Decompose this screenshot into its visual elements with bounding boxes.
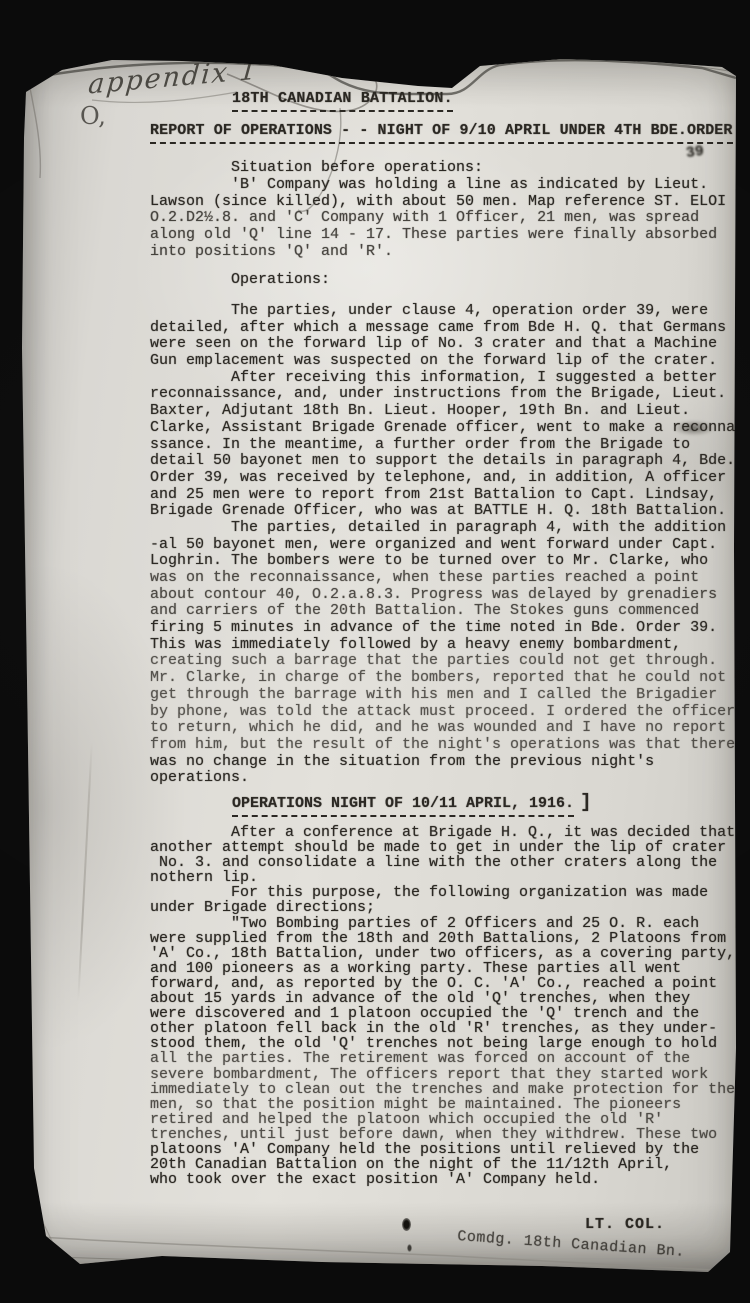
typed-line: Lawson (since killed), with about 50 men… xyxy=(150,194,726,211)
typed-line: operations. xyxy=(150,770,744,787)
typed-line: Gun emplacement was suspected on the for… xyxy=(150,353,744,370)
typed-line: men, so that the position might be maint… xyxy=(150,1097,735,1112)
typed-line: trenches, until just before dawn, when t… xyxy=(150,1127,735,1142)
typed-line: 20th Canadian Battalion on the night of … xyxy=(150,1157,735,1172)
typed-line: was on the reconnaissance, when these pa… xyxy=(150,570,744,587)
typed-line: Order 39, was received by telephone, and… xyxy=(150,470,744,487)
typed-line: Brigade Grenade Officer, who was at BATT… xyxy=(150,503,744,520)
second-operations-heading: OPERATIONS NIGHT OF 10/11 APRIL, 1916.] xyxy=(232,791,591,817)
typed-line: creating such a barrage that the parties… xyxy=(150,653,744,670)
typed-line: The parties, under clause 4, operation o… xyxy=(150,303,744,320)
typed-line: were supplied from the 18th and 20th Bat… xyxy=(150,931,735,946)
typed-line: under Brigade directions; xyxy=(150,900,735,915)
heading-bracket: ] xyxy=(580,791,591,813)
typed-line: Situation before operations: xyxy=(150,160,726,177)
typed-line: Mr. Clarke, in charge of the bombers, re… xyxy=(150,670,744,687)
document-title: 18TH CANADIAN BATTALION. xyxy=(232,90,453,112)
document-subtitle-text: REPORT OF OPERATIONS - - NIGHT OF 9/10 A… xyxy=(150,122,733,144)
typed-line: This was immediately followed by a heavy… xyxy=(150,637,744,654)
corner-fold-line xyxy=(30,88,40,178)
typed-line: After receiving this information, I sugg… xyxy=(150,370,744,387)
typed-line: about contour 40, O.2.a.8.3. Progress wa… xyxy=(150,587,744,604)
typed-line: and carriers of the 20th Battalion. The … xyxy=(150,603,744,620)
typed-line: retired and helped the platoon which occ… xyxy=(150,1112,735,1127)
operations-label: Operations: xyxy=(150,270,330,288)
typed-line: ssance. In the meantime, a further order… xyxy=(150,437,744,454)
document-title-text: 18TH CANADIAN BATTALION. xyxy=(232,90,453,112)
typed-line: firing 5 minutes in advance of the time … xyxy=(150,620,744,637)
typed-line: After a conference at Brigade H. Q., it … xyxy=(150,825,735,840)
typed-line: was no change in the situation from the … xyxy=(150,754,744,771)
typed-line: Baxter, Adjutant 18th Bn. Lieut. Hooper,… xyxy=(150,403,744,420)
second-operations-heading-text: OPERATIONS NIGHT OF 10/11 APRIL, 1916. xyxy=(232,795,574,817)
typed-line: Loghrin. The bombers were to be turned o… xyxy=(150,553,744,570)
typed-line: detailed, after which a message came fro… xyxy=(150,320,744,337)
typed-line: Operations: xyxy=(150,271,330,288)
left-fold-crease xyxy=(77,742,93,1002)
typed-line: severe bombardment, The officers report … xyxy=(150,1067,735,1082)
typed-line: -al 50 bayonet men, were organized and w… xyxy=(150,537,744,554)
typed-line: 'B' Company was holding a line as indica… xyxy=(150,177,726,194)
operations-paragraph: The parties, under clause 4, operation o… xyxy=(150,303,744,787)
typed-line: immediately to clean out the trenches an… xyxy=(150,1082,735,1097)
typed-line: O.2.D2½.8. and 'C' Company with 1 Office… xyxy=(150,210,726,227)
typed-line: reconnaissance, and, under instructions … xyxy=(150,386,744,403)
ink-mark-small xyxy=(407,1244,412,1252)
typed-line: platoons 'A' Company held the positions … xyxy=(150,1142,735,1157)
ink-mark xyxy=(402,1218,411,1231)
situation-paragraph: Situation before operations: 'B' Company… xyxy=(150,160,726,261)
typed-line: were discovered and 1 platoon occupied t… xyxy=(150,1006,735,1021)
typed-line: by phone, was told the attack must proce… xyxy=(150,704,744,721)
typed-line: who took over the exact position 'A' Com… xyxy=(150,1172,735,1187)
typed-line: to return, which he did, and he was woun… xyxy=(150,720,744,737)
typed-line: forward, and, as reported by the O. C. '… xyxy=(150,976,735,991)
tear-line-secondary xyxy=(502,59,736,72)
typed-line: The parties, detailed in paragraph 4, wi… xyxy=(150,520,744,537)
typed-line: along old 'Q' line 14 - 17. These partie… xyxy=(150,227,726,244)
corner-fold-line xyxy=(36,1208,66,1270)
typed-line: into positions 'Q' and 'R'. xyxy=(150,244,726,261)
typed-line: all the parties. The retirement was forc… xyxy=(150,1051,735,1066)
signature-rank: LT. COL. xyxy=(585,1216,665,1233)
scanned-photo: appendix 1 O, 18TH CANADIAN BATTALION. R… xyxy=(0,0,750,1303)
typed-line: another attempt should be made to get in… xyxy=(150,840,735,855)
typed-line: about 15 yards in advance of the old 'Q'… xyxy=(150,991,735,1006)
second-operations-paragraph: After a conference at Brigade H. Q., it … xyxy=(150,825,735,1187)
typed-line: Clarke, Assistant Brigade Grenade office… xyxy=(150,420,744,437)
document-subtitle: REPORT OF OPERATIONS - - NIGHT OF 9/10 A… xyxy=(150,122,733,144)
typed-line: detail 50 bayonet men to support the det… xyxy=(150,453,744,470)
typed-line: and 100 pioneers as a working party. The… xyxy=(150,961,735,976)
typed-line: "Two Bombing parties of 2 Officers and 2… xyxy=(150,916,735,931)
typed-line: 'A' Co., 18th Battalion, under two offic… xyxy=(150,946,735,961)
typed-line: were seen on the forward lip of No. 3 cr… xyxy=(150,336,744,353)
handwritten-mark: O, xyxy=(80,102,106,130)
typed-line: from him, but the result of the night's … xyxy=(150,737,744,754)
typed-line: and 25 men were to report from 21st Batt… xyxy=(150,487,744,504)
crease-shadow-line xyxy=(22,1256,582,1272)
paper-sheet: appendix 1 O, 18TH CANADIAN BATTALION. R… xyxy=(22,48,736,1272)
typed-line: get through the barrage with his men and… xyxy=(150,687,744,704)
